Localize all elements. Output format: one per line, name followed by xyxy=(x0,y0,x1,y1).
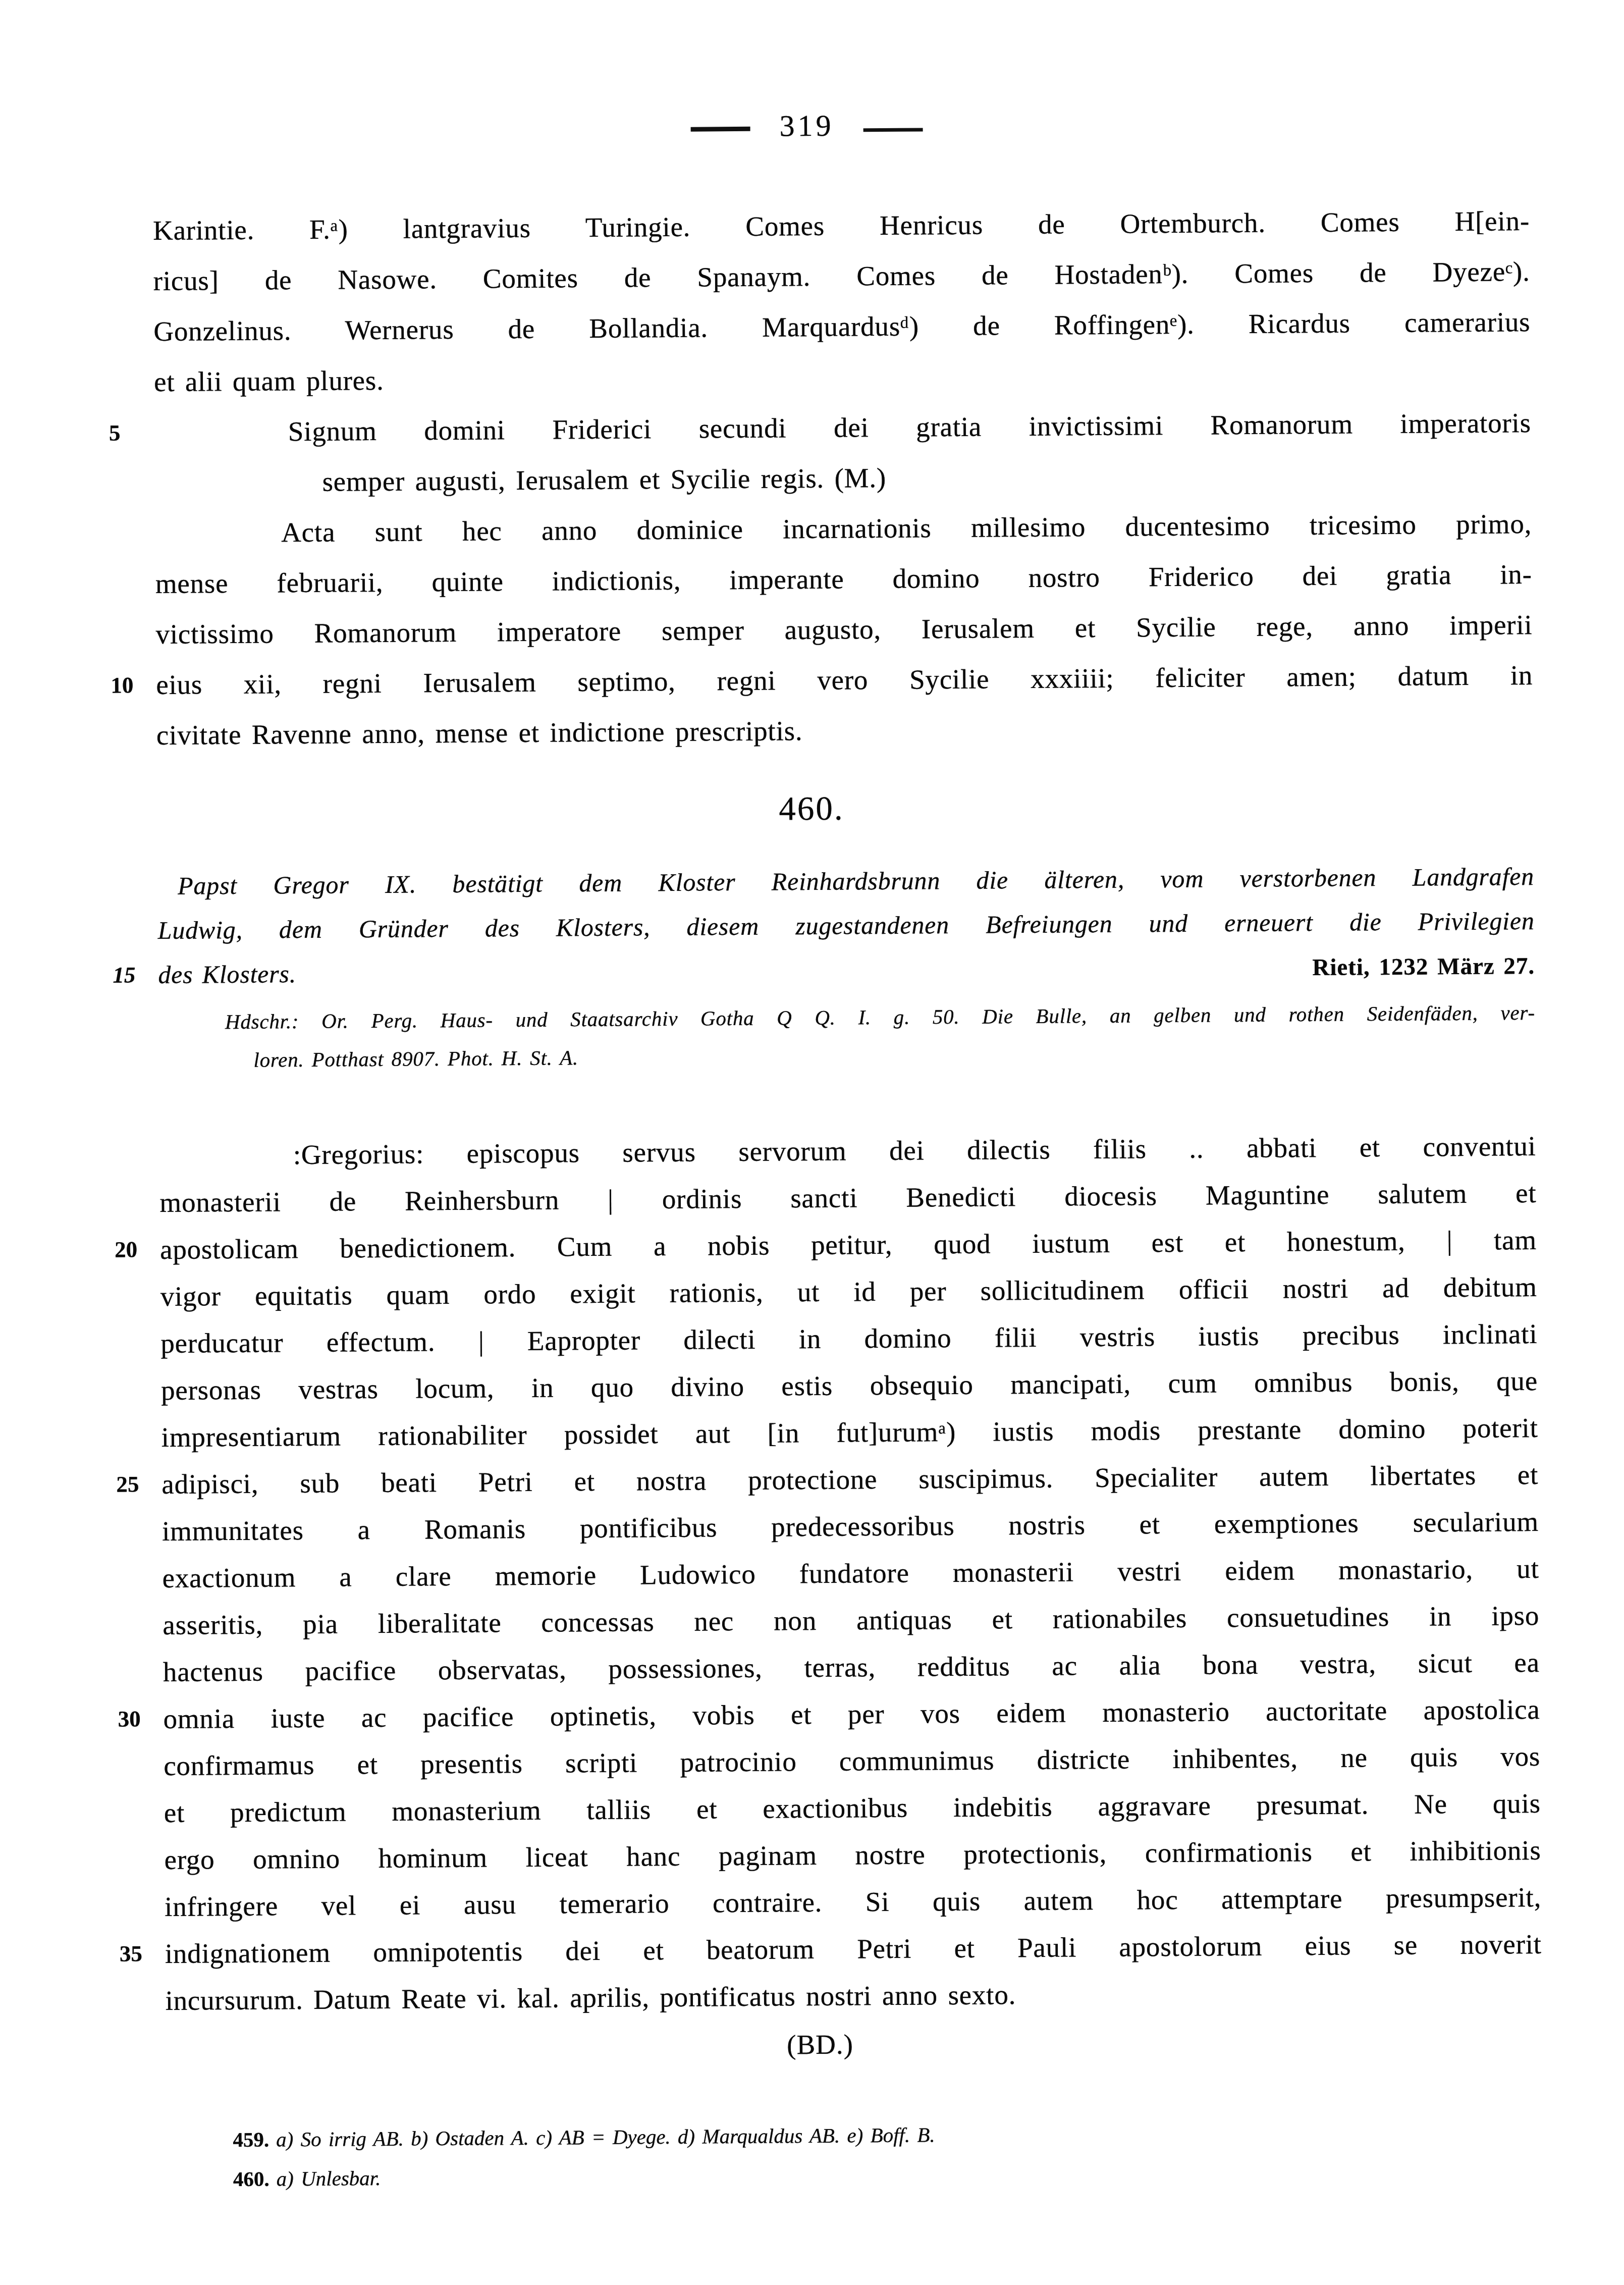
text-line: 5Signum domini Friderici secundi dei gra… xyxy=(154,398,1531,458)
line-text: apostolicam benedictionem. Cum a nobis p… xyxy=(160,1225,1537,1265)
line-number: 25 xyxy=(116,1461,155,1508)
charter-date: Rieti, 1232 März 27. xyxy=(1312,944,1535,990)
line-number: 10 xyxy=(111,660,149,711)
text-line: civitate Ravenne anno, mense et indictio… xyxy=(156,701,1534,761)
footnote-text: a) So irrig AB. b) Ostaden A. c) AB = Dy… xyxy=(276,2123,935,2151)
text-line: victissimo Romanorum imperatore semper a… xyxy=(155,600,1533,660)
footnote-apparatus: 459.a) So irrig AB. b) Ostaden A. c) AB … xyxy=(166,2111,1543,2199)
doc459-continuation: Karintie. F.ᵃ) lantgravius Turingie. Com… xyxy=(153,196,1534,761)
page-content: 319 Karintie. F.ᵃ) lantgravius Turingie.… xyxy=(0,0,1624,2200)
footnote-text: a) Unlesbar. xyxy=(277,2166,381,2190)
footnote-number: 460. xyxy=(233,2167,269,2191)
text-line: Acta sunt hec anno dominice incarnationi… xyxy=(155,499,1532,559)
page-number-rule-left xyxy=(691,126,750,131)
summary-left-text: des Klosters. xyxy=(158,960,296,989)
chancery-sign: (BD.) xyxy=(8,2015,1624,2074)
text-line: ricus] de Nasowe. Comites de Spanaym. Co… xyxy=(153,246,1530,306)
doc460-summary: Papst Gregor IX. bestätigt dem Kloster R… xyxy=(157,854,1535,998)
text-line: et alii quam plures. xyxy=(154,347,1531,407)
summary-last-line: 15des Klosters. Rieti, 1232 März 27. xyxy=(158,943,1535,998)
scanned-book-page: 319 Karintie. F.ᵃ) lantgravius Turingie.… xyxy=(0,0,1624,2285)
text-line: semper augusti, Ierusalem et Sycilie reg… xyxy=(154,448,1532,508)
text-line: 10eius xii, regni Ierusalem septimo, reg… xyxy=(156,650,1533,710)
line-number: 30 xyxy=(118,1695,156,1743)
page-number: 319 xyxy=(779,107,834,145)
line-number: 35 xyxy=(120,1930,158,1978)
line-text: eius xii, regni Ierusalem septimo, regni… xyxy=(156,660,1533,700)
line-text: indignationem omnipotentis dei et beator… xyxy=(165,1929,1542,1969)
footnote-number: 459. xyxy=(233,2128,269,2151)
text-line: Gonzelinus. Wernerus de Bollandia. Marqu… xyxy=(153,297,1531,357)
charter-line: incursurum. Datum Reate vi. kal. aprilis… xyxy=(165,1968,1542,2024)
line-text: adipisci, sub beati Petri et nostra prot… xyxy=(161,1459,1538,1500)
summary-left: 15des Klosters. xyxy=(158,951,296,997)
text-line: Karintie. F.ᵃ) lantgravius Turingie. Com… xyxy=(153,196,1530,256)
text-line: mense februarii, quinte indictionis, imp… xyxy=(155,549,1533,609)
line-text: Signum domini Friderici secundi dei grat… xyxy=(288,407,1531,447)
charter-number-heading: 460. xyxy=(0,780,1623,837)
line-number: 15 xyxy=(113,952,151,997)
line-number: 5 xyxy=(109,407,147,458)
manuscript-note: Hdschr.: Or. Perg. Haus- und Staatsarchi… xyxy=(158,993,1536,1080)
line-text: omnia iuste ac pacifice optinetis, vobis… xyxy=(163,1694,1540,1734)
line-number: 20 xyxy=(115,1226,153,1273)
page-header: 319 xyxy=(0,101,1619,150)
page-number-rule-right xyxy=(863,128,923,132)
doc460-body: :Gregorius: episcopus servus servorum de… xyxy=(159,1123,1542,2024)
